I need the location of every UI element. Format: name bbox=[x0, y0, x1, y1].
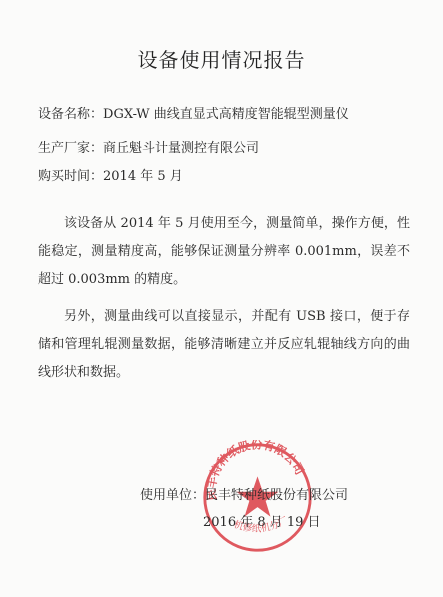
field-manufacturer: 生产厂家：商丘魁斗计量测控有限公司 bbox=[38, 137, 259, 156]
document-title: 设备使用情况报告 bbox=[0, 44, 443, 73]
field-label: 购买时间： bbox=[38, 169, 103, 184]
paragraph-usage: 该设备从 2014 年 5 月使用至今，测量简单，操作方便，性能稳定，测量精度高… bbox=[38, 210, 410, 294]
unit-value: 民丰特种纸股份有限公司 bbox=[205, 488, 348, 503]
unit-label: 使用单位： bbox=[140, 488, 205, 503]
field-label: 设备名称： bbox=[38, 107, 103, 122]
field-value: 商丘魁斗计量测控有限公司 bbox=[103, 141, 259, 156]
field-purchase-date: 购买时间：2014 年 5 月 bbox=[38, 165, 183, 184]
signature-date: 2016 年 8 月 19 日 bbox=[203, 511, 321, 530]
paragraph-features: 另外，测量曲线可以直接显示，并配有 USB 接口，便于存储和管理轧辊测量数据，能… bbox=[38, 303, 410, 387]
field-label: 生产厂家： bbox=[38, 141, 103, 156]
field-value: 2014 年 5 月 bbox=[103, 169, 183, 184]
field-value: DGX-W 曲线直显式高精度智能辊型测量仪 bbox=[103, 107, 349, 122]
signature-unit: 使用单位：民丰特种纸股份有限公司 bbox=[140, 484, 348, 503]
field-device-name: 设备名称：DGX-W 曲线直显式高精度智能辊型测量仪 bbox=[38, 103, 349, 122]
